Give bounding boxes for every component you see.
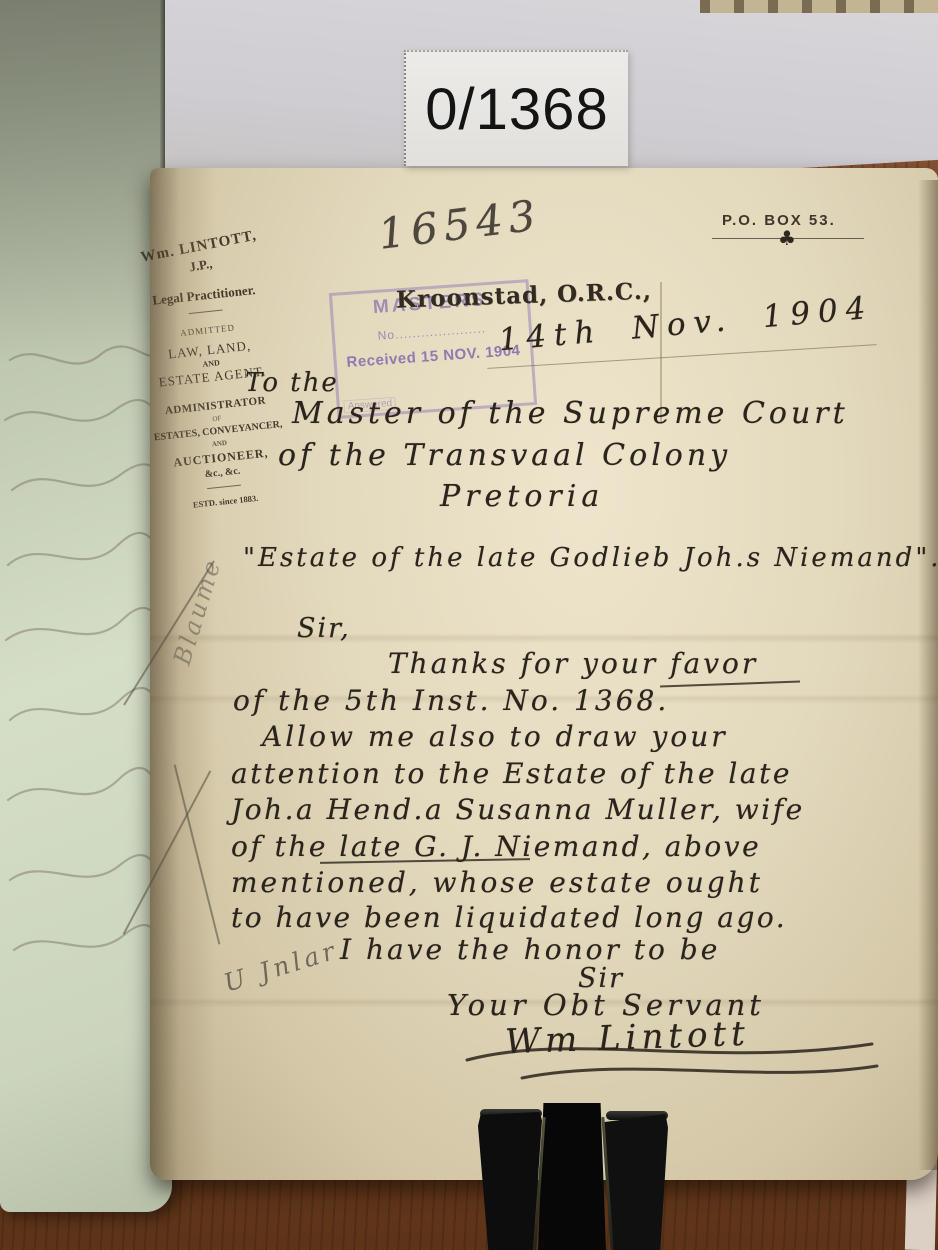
binder-clip bbox=[478, 1103, 670, 1250]
address-line-4: Pretoria bbox=[440, 479, 604, 514]
address-line-2: Master of the Supreme Court bbox=[292, 396, 849, 431]
binder-clip-body bbox=[538, 1103, 606, 1250]
photographed-document: 0/1368 Wm. LINTOTT, J.P., Legal Practiti… bbox=[0, 0, 938, 1250]
address-line-1: To the bbox=[245, 368, 339, 398]
archive-reference-label: 0/1368 bbox=[404, 50, 628, 166]
letterhead-rule bbox=[189, 310, 223, 315]
body-line-1: Allow me also to draw your bbox=[262, 720, 728, 753]
address-line-3: of the Transvaal Colony bbox=[278, 438, 731, 473]
body-line-2: attention to the Estate of the late bbox=[231, 757, 792, 790]
salutation: Sir, bbox=[297, 613, 351, 644]
body-line-3: Joh.a Hend.a Susanna Muller, wife bbox=[231, 793, 805, 826]
opening-line-1: Thanks for your favor bbox=[388, 647, 758, 680]
binder-clip-wing bbox=[478, 1112, 542, 1250]
subject-line: "Estate of the late Godlieb Joh.s Nieman… bbox=[243, 543, 938, 573]
opening-line-2: of the 5th Inst. No. 1368. bbox=[233, 684, 669, 717]
archive-reference-number: 0/1368 bbox=[425, 76, 608, 143]
top-page-edge bbox=[700, 0, 938, 13]
letterhead-rule bbox=[207, 485, 241, 490]
body-line-5: mentioned, whose estate ought bbox=[231, 866, 763, 899]
signature-flourish bbox=[462, 1030, 882, 1090]
letterhead-line: Legal Practitioner. bbox=[137, 281, 270, 311]
body-line-6: to have been liquidated long ago. bbox=[231, 901, 787, 934]
closing-line-1: I have the honor to be bbox=[340, 933, 720, 966]
fleuron-ornament-icon: ♣ bbox=[778, 226, 796, 250]
bleed-through-handwriting bbox=[0, 340, 162, 980]
binder-clip-wing bbox=[604, 1114, 668, 1250]
